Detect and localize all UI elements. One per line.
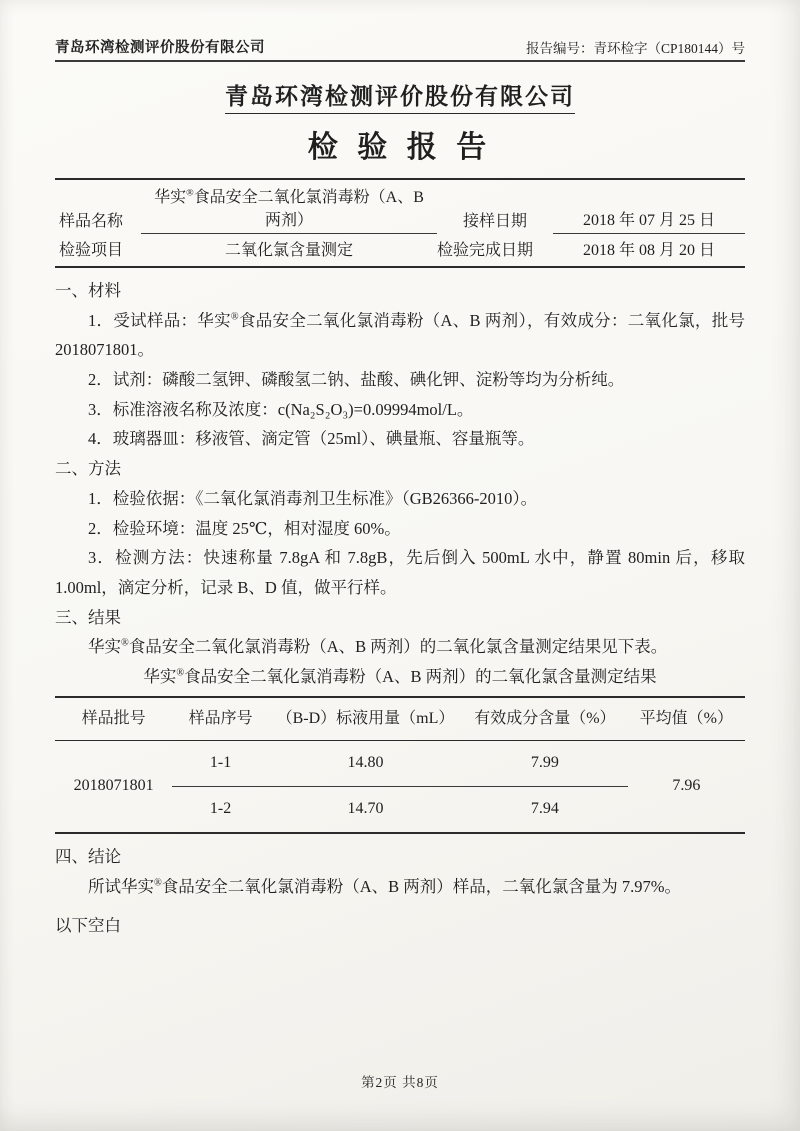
materials-item-4: 4．玻璃器皿：移液管、滴定管（25ml）、碘量瓶、容量瓶等。 — [55, 424, 745, 454]
cell-content-1: 7.99 — [462, 741, 628, 787]
results-table-caption: 华实®食品安全二氧化氯消毒粉（A、B 两剂）的二氧化氯含量测定结果 — [55, 662, 745, 692]
method-item-3: 3．检测方法：快速称量 7.8gA 和 7.8gB，先后倒入 500mL 水中，… — [55, 543, 745, 602]
sample-info-table: 样品名称 华实®食品安全二氧化氯消毒粉（A、B 两剂） 接样日期 2018 年 … — [55, 178, 745, 268]
report-page: 青岛环湾检测评价股份有限公司 报告编号：青环检字（CP180144）号 青岛环湾… — [0, 0, 800, 1131]
page-header: 青岛环湾检测评价股份有限公司 报告编号：青环检字（CP180144）号 — [55, 36, 745, 62]
receive-date-value: 2018 年 07 月 25 日 — [553, 205, 745, 234]
report-body: 一、材料 1．受试样品：华实®食品安全二氧化氯消毒粉（A、B 两剂），有效成分：… — [55, 276, 745, 941]
cell-batch: 2018071801 — [55, 741, 172, 833]
sample-name-label: 样品名称 — [55, 206, 141, 234]
table-row: 2018071801 1-1 14.80 7.99 7.96 — [55, 741, 745, 787]
header-average: 平均值（%） — [628, 697, 745, 741]
header-report-number: 报告编号：青环检字（CP180144）号 — [526, 37, 745, 57]
results-table-head: 样品批号 样品序号 （B-D）标液用量（mL） 有效成分含量（%） 平均值（%） — [55, 697, 745, 741]
header-sequence: 样品序号 — [172, 697, 269, 741]
test-item-value: 二氧化氯含量测定 — [141, 235, 437, 263]
cell-volume-2: 14.70 — [269, 787, 462, 833]
info-row-item: 检验项目 二氧化氯含量测定 检验完成日期 2018 年 08 月 20 日 — [55, 234, 745, 263]
results-table-body: 2018071801 1-1 14.80 7.99 7.96 1-2 14.70… — [55, 741, 745, 833]
cell-seq-2: 1-2 — [172, 787, 269, 833]
receive-date-label: 接样日期 — [437, 206, 553, 234]
cell-content-2: 7.94 — [462, 787, 628, 833]
title-block: 青岛环湾检测评价股份有限公司 检 验 报 告 — [55, 78, 745, 166]
section-heading-materials: 一、材料 — [55, 276, 745, 306]
complete-date-label: 检验完成日期 — [437, 235, 553, 263]
cell-average: 7.96 — [628, 741, 745, 833]
header-volume: （B-D）标液用量（mL） — [269, 697, 462, 741]
materials-item-2: 2．试剂：磷酸二氢钾、磷酸氢二钠、盐酸、碘化钾、淀粉等均为分析纯。 — [55, 365, 745, 395]
materials-item-1: 1．受试样品：华实®食品安全二氧化氯消毒粉（A、B 两剂），有效成分：二氧化氯，… — [55, 306, 745, 365]
report-title: 检 验 报 告 — [55, 122, 745, 166]
method-item-2: 2．检验环境：温度 25℃，相对湿度 60%。 — [55, 514, 745, 544]
test-item-label: 检验项目 — [55, 235, 141, 263]
results-intro: 华实®食品安全二氧化氯消毒粉（A、B 两剂）的二氧化氯含量测定结果见下表。 — [55, 632, 745, 662]
header-batch: 样品批号 — [55, 697, 172, 741]
complete-date-value: 2018 年 08 月 20 日 — [553, 235, 745, 263]
info-row-sample: 样品名称 华实®食品安全二氧化氯消毒粉（A、B 两剂） 接样日期 2018 年 … — [55, 182, 745, 234]
page-footer: 第2页 共8页 — [55, 1071, 745, 1105]
sample-name-value: 华实®食品安全二氧化氯消毒粉（A、B 两剂） — [141, 182, 437, 234]
method-item-1: 1．检验依据：《二氧化氯消毒剂卫生标准》（GB26366-2010）。 — [55, 484, 745, 514]
cell-seq-1: 1-1 — [172, 741, 269, 787]
end-note: 以下空白 — [55, 911, 745, 941]
section-heading-results: 三、结果 — [55, 603, 745, 633]
cell-volume-1: 14.80 — [269, 741, 462, 787]
header-company-name: 青岛环湾检测评价股份有限公司 — [55, 36, 265, 57]
header-content: 有效成分含量（%） — [462, 697, 628, 741]
results-header-row: 样品批号 样品序号 （B-D）标液用量（mL） 有效成分含量（%） 平均值（%） — [55, 697, 745, 741]
conclusion-text: 所试华实®食品安全二氧化氯消毒粉（A、B 两剂）样品，二氧化氯含量为 7.97%… — [55, 872, 745, 902]
section-heading-method: 二、方法 — [55, 454, 745, 484]
results-table: 样品批号 样品序号 （B-D）标液用量（mL） 有效成分含量（%） 平均值（%）… — [55, 696, 745, 834]
materials-item-3: 3．标准溶液名称及浓度：c(Na₂S₂O₃)=0.09994mol/L。 — [55, 395, 745, 425]
company-title: 青岛环湾检测评价股份有限公司 — [225, 78, 575, 114]
section-heading-conclusion: 四、结论 — [55, 842, 745, 872]
